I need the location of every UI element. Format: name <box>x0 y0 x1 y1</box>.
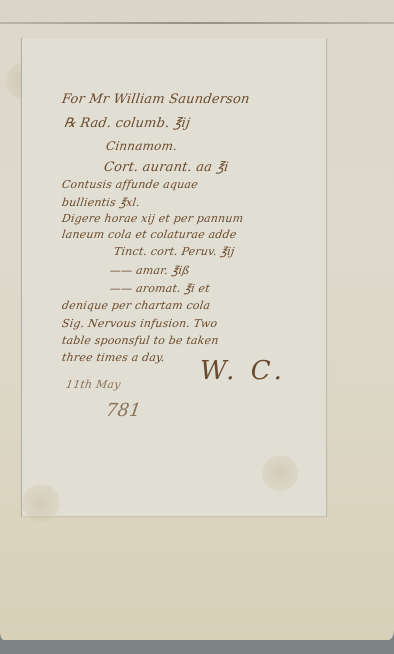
date-year: 781 <box>105 400 143 421</box>
text-line: three times a day. <box>61 351 166 364</box>
text-line: table spoonsful to be taken <box>61 334 219 347</box>
text-line: Sig. Nervous infusion. Two <box>61 317 218 330</box>
text-line: Contusis affunde aquae <box>61 178 199 191</box>
top-fold-strip <box>0 0 394 22</box>
date-day-month: 11th May <box>65 378 121 391</box>
text-line: ℞ Rad. columb. ℥ij <box>63 116 191 131</box>
text-line: denique per chartam cola <box>61 299 211 312</box>
text-line: For Mr William Saunderson <box>61 92 251 107</box>
text-line: —— aromat. ℥i et <box>109 282 211 295</box>
text-line: Cinnamom. <box>105 139 178 153</box>
wax-stain-bottom-left <box>22 484 60 522</box>
wax-stain-bottom-right <box>262 455 298 491</box>
text-line: Cort. aurant. aa ℥i <box>103 160 230 175</box>
fold-crease <box>0 22 394 24</box>
text-line: —— amar. ℥iß <box>109 264 191 277</box>
text-line: Tinct. cort. Peruv. ℥ij <box>113 245 235 258</box>
text-line: bullientis ℥xl. <box>61 196 141 209</box>
prescription-note <box>21 38 327 517</box>
text-line: laneum cola et colaturae adde <box>61 228 237 241</box>
text-line: Digere horae xij et per pannum <box>61 212 244 225</box>
signature: W. C. <box>200 356 286 386</box>
